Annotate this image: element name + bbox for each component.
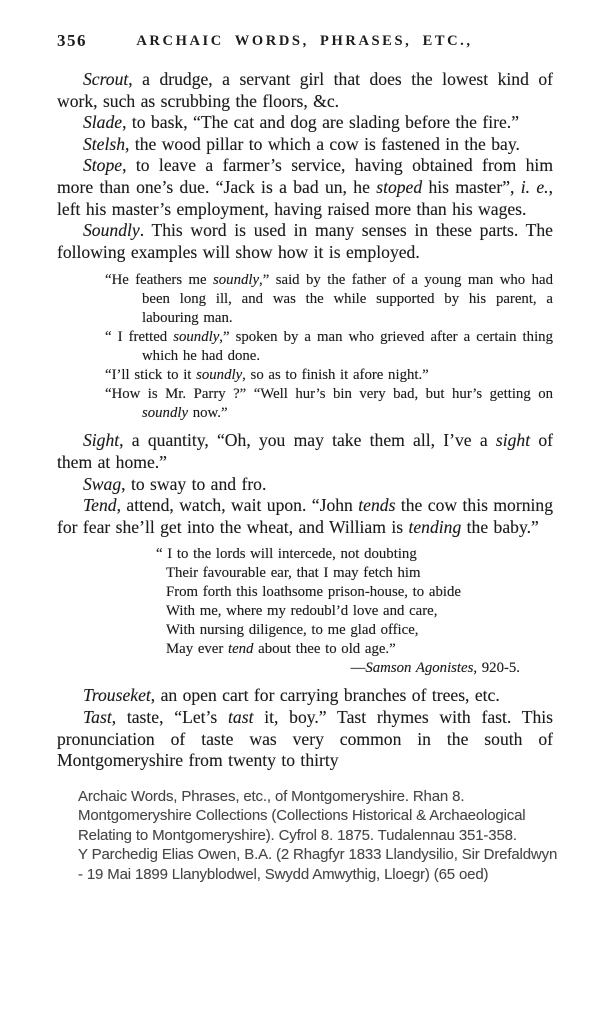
- caption-line: Y Parchedig Elias Owen, B.A. (2 Rhagfyr …: [78, 845, 607, 865]
- poem-line: “ I to the lords will intercede, not dou…: [166, 545, 553, 564]
- page-number: 356: [57, 31, 87, 51]
- caption-line: - 19 Mai 1899 Llanyblodwel, Swydd Amwyth…: [78, 865, 607, 885]
- caption-line: Relating to Montgomeryshire). Cyfrol 8. …: [78, 826, 607, 846]
- caption-line: Archaic Words, Phrases, etc., of Montgom…: [78, 787, 607, 807]
- page-header: 356 ARCHAIC WORDS, PHRASES, ETC.,: [57, 31, 552, 49]
- dictionary-entry: Slade, to bask, “The cat and dog are sla…: [57, 112, 553, 134]
- dictionary-entry: Stelsh, the wood pillar to which a cow i…: [57, 134, 553, 156]
- poem-line: May ever tend about thee to old age.”: [166, 640, 553, 659]
- poem-line: Their favourable ear, that I may fetch h…: [166, 564, 553, 583]
- dictionary-entry: Soundly. This word is used in many sense…: [57, 220, 553, 263]
- poem-line: From forth this loathsome prison-house, …: [166, 583, 553, 602]
- example-quote: “ I fretted soundly,” spoken by a man wh…: [105, 328, 553, 366]
- dictionary-entry: Tend, attend, watch, wait upon. “John te…: [57, 495, 553, 538]
- page-body: Scrout, a drudge, a servant girl that do…: [57, 69, 553, 772]
- example-quote: “He feathers me soundly,” said by the fa…: [105, 271, 553, 328]
- dictionary-entry: Trouseket, an open cart for carrying bra…: [57, 685, 553, 707]
- dictionary-entry: Swag, to sway to and fro.: [57, 474, 553, 496]
- poem-quote: “ I to the lords will intercede, not dou…: [166, 545, 553, 678]
- poem-line: With me, where my redoubl’d love and car…: [166, 602, 553, 621]
- dictionary-entry: Scrout, a drudge, a servant girl that do…: [57, 69, 553, 112]
- example-quote: “How is Mr. Parry ?” “Well hur’s bin ver…: [105, 385, 553, 423]
- dictionary-entry: Tast, taste, “Let’s tast it, boy.” Tast …: [57, 707, 553, 772]
- poem-line: With nursing diligence, to me glad offic…: [166, 621, 553, 640]
- example-quotes: “He feathers me soundly,” said by the fa…: [105, 271, 553, 423]
- dictionary-entry: Stope, to leave a farmer’s service, havi…: [57, 155, 553, 220]
- dictionary-entry: Sight, a quantity, “Oh, you may take the…: [57, 430, 553, 473]
- book-page: 356 ARCHAIC WORDS, PHRASES, ETC., Scrout…: [0, 0, 607, 1030]
- caption-line: Montgomeryshire Collections (Collections…: [78, 806, 607, 826]
- source-caption: Archaic Words, Phrases, etc., of Montgom…: [78, 787, 607, 885]
- running-title: ARCHAIC WORDS, PHRASES, ETC.,: [57, 31, 552, 50]
- poem-attribution: —Samson Agonistes, 920-5.: [166, 659, 520, 678]
- example-quote: “I’ll stick to it soundly, so as to fini…: [105, 366, 553, 385]
